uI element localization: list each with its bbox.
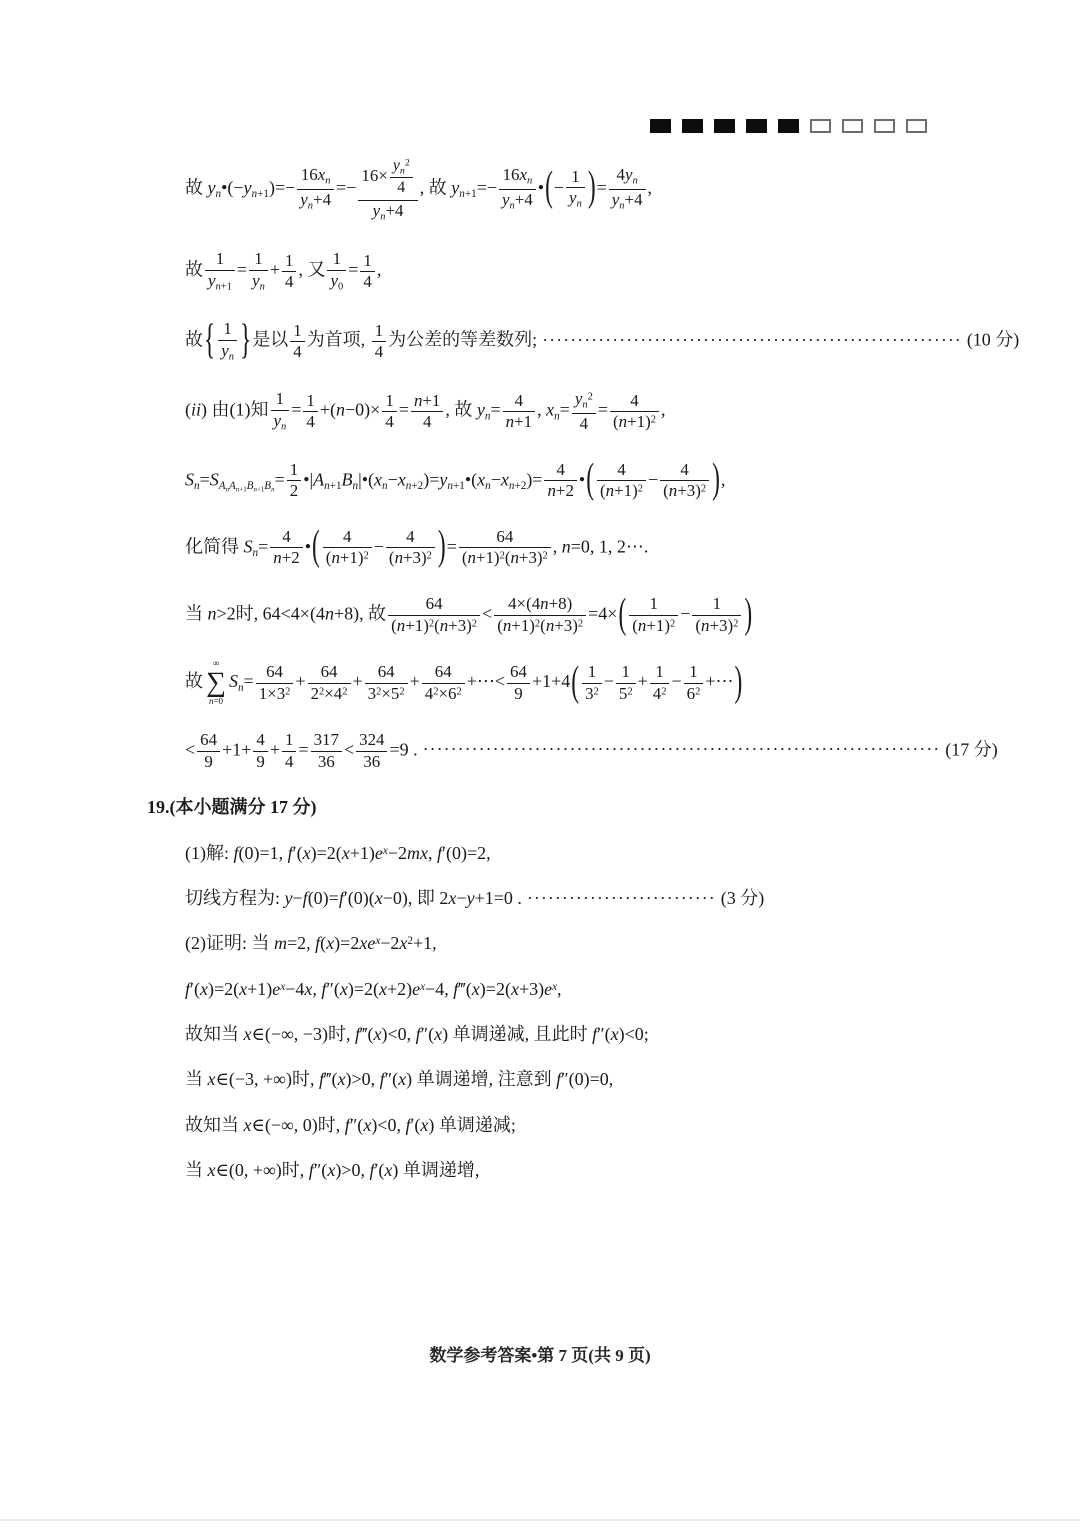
f2-positive-interval-line: 当 x∈(0, +∞)时, f″(x)>0, f′(x) 单调递增, [185, 1158, 1032, 1182]
progress-square-filled [650, 119, 671, 133]
progress-square-empty [874, 119, 895, 133]
general-term-line: (ii) 由(1)知1yn=14+(n−0)×14=n+14, 故 yn=4n+… [185, 387, 1032, 436]
progress-square-filled [682, 119, 703, 133]
progress-square-empty [810, 119, 831, 133]
simplified-sn-line: 化简得 Sn=4n+2•(4(n+1)2−4(n+3)2)=64(n+1)2(n… [185, 525, 1032, 571]
part1-solution-line: (1)解: f(0)=1, f′(x)=2(x+1)ex−2mx, f′(0)=… [185, 841, 1032, 865]
progress-indicator [650, 119, 927, 133]
sum-symbol: ∞∑n=0 [206, 659, 226, 707]
dotted-leader: ········································… [423, 739, 941, 759]
dotted-leader: ········································… [542, 330, 962, 350]
area-formula-line: Sn=SAnAn+1Bn+1Bn=12•|An+1Bn|•(xn−xn+2)=y… [185, 458, 1032, 504]
tangent-line-equation-line: 切线方程为: y−f(0)=f′(0)(x−0), 即 2x−y+1=0 .··… [185, 886, 1032, 910]
derivatives-line: f′(x)=2(x+1)ex−4x, f″(x)=2(x+2)ex−4, f‴(… [185, 977, 1032, 1001]
answer-content: 故 yn•(−yn+1)=−16xnyn+4=−16×yn24yn+4, 故 y… [185, 152, 1032, 1203]
final-bound-line: <649+1+49+14=31736<32436=9 .············… [185, 728, 1032, 774]
progress-square-filled [746, 119, 767, 133]
progress-square-filled [714, 119, 735, 133]
recurrence-product-line: 故 yn•(−yn+1)=−16xnyn+4=−16×yn24yn+4, 故 y… [185, 152, 1032, 226]
progress-square-filled [778, 119, 799, 133]
inequality-bound-line: 当 n>2时, 64<4×(4n+8), 故64(n+1)2(n+3)2<4×(… [185, 592, 1032, 638]
progress-square-empty [842, 119, 863, 133]
part2-proof-line: (2)证明: 当 m=2, f(x)=2xex−2x2+1, [185, 931, 1032, 955]
answer-sheet-page: 故 yn•(−yn+1)=−16xnyn+4=−16×yn24yn+4, 故 y… [0, 0, 1080, 1527]
scan-edge-line [0, 1519, 1080, 1521]
page-footer: 数学参考答案•第 7 页(共 9 页) [0, 1341, 1080, 1366]
f2-negative-interval-line: 故知当 x∈(−∞, 0)时, f″(x)<0, f′(x) 单调递减; [185, 1113, 1032, 1137]
problem-19-header: 19.(本小题满分 17 分) [147, 795, 1032, 819]
arithmetic-sequence-conclusion-line: 故{1yn}是以14为首项, 14为公差的等差数列;··············… [185, 317, 1032, 366]
f3-positive-interval-line: 当 x∈(−3, +∞)时, f‴(x)>0, f″(x) 单调递增, 注意到 … [185, 1067, 1032, 1091]
series-sum-line: 故∞∑n=0Sn=641×32+6422×42+6432×52+6442×62+… [185, 659, 1032, 707]
progress-square-empty [906, 119, 927, 133]
reciprocal-recurrence-line: 故1yn+1=1yn+14, 又1y0=14, [185, 247, 1032, 296]
f3-negative-interval-line: 故知当 x∈(−∞, −3)时, f‴(x)<0, f″(x) 单调递减, 且此… [185, 1022, 1032, 1046]
dotted-leader: ··························· [527, 888, 716, 908]
